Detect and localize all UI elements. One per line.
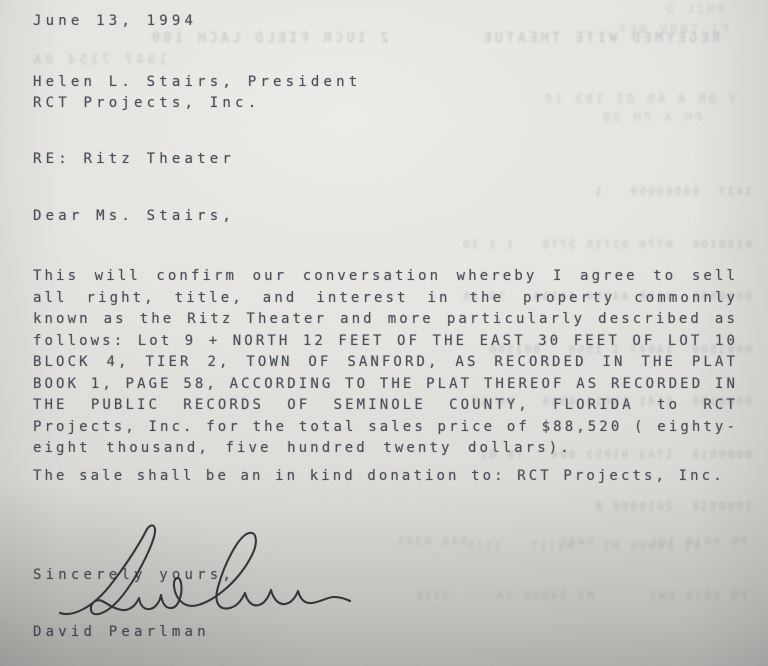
body-line: all right, title, and interest in the pr… xyxy=(33,288,738,310)
ghost-text-line: PH A PH 98 xyxy=(600,110,702,124)
ghost-text-line: PI TROV NET xyxy=(616,22,728,36)
typed-name: David Pearlman xyxy=(33,622,210,644)
recipient-name: Helen L. Stairs, President xyxy=(33,72,361,94)
subject-line: RE: Ritz Theater xyxy=(33,149,235,171)
ghost-text-line: 0180100 0770 02715 2770 1 1 10 xyxy=(300,236,752,254)
sale-line: The sale shall be an in kind donation to… xyxy=(33,466,725,488)
ghost-text-line: PB 0010 9W1 M1 04000 1A 311E xyxy=(25,587,747,605)
body-paragraph: This will confirm our conversation where… xyxy=(33,266,738,460)
ghost-text-line: PHIL D xyxy=(663,2,724,16)
ghost-text-line: PB 0010 JUL OWRC 948 0345 xyxy=(25,533,747,551)
ghost-text-line: 1947 7154 0A xyxy=(30,53,167,68)
recipient-company: RCT Projects, Inc. xyxy=(33,93,260,115)
body-line: eight thousand, five hundred twenty doll… xyxy=(33,438,738,460)
salutation: Dear Ms. Stairs, xyxy=(33,206,235,228)
body-line: THE PUBLIC RECORDS OF SEMINOLE COUNTY, F… xyxy=(33,395,738,417)
body-line: BLOCK 4, TIER 2, TOWN OF SANFORD, AS REC… xyxy=(33,352,738,374)
date-line: June 13, 1994 xyxy=(33,11,197,33)
ghost-text-line: 1000010 2610000 8 xyxy=(300,498,752,516)
letter-photo: PHIL D PI TROV NET REGEYMED WITE THEATUE… xyxy=(0,0,768,666)
body-line: BOOK 1, PAGE 58, ACCORDING TO THE PLAT T… xyxy=(33,374,738,396)
ghost-text-line: 41 E4000 M1 M2117 3115 xyxy=(60,540,700,553)
body-line: known as the Ritz Theater and more parti… xyxy=(33,309,738,331)
ghost-text-line: 1437 00000000 1 xyxy=(300,183,752,201)
ghost-text-line: Y BR A AB OI 103 10 xyxy=(542,92,736,106)
body-line: Projects, Inc. for the total sales price… xyxy=(33,417,738,439)
body-line: This will confirm our conversation where… xyxy=(33,266,738,288)
closing-line: Sincerely yours, xyxy=(33,565,235,587)
ghost-text-line: REGEYMED WITE THEATUE 2 IUCR FIELD LACH … xyxy=(30,31,720,46)
body-line: follows: Lot 9 + NORTH 12 FEET OF THE EA… xyxy=(33,331,738,353)
